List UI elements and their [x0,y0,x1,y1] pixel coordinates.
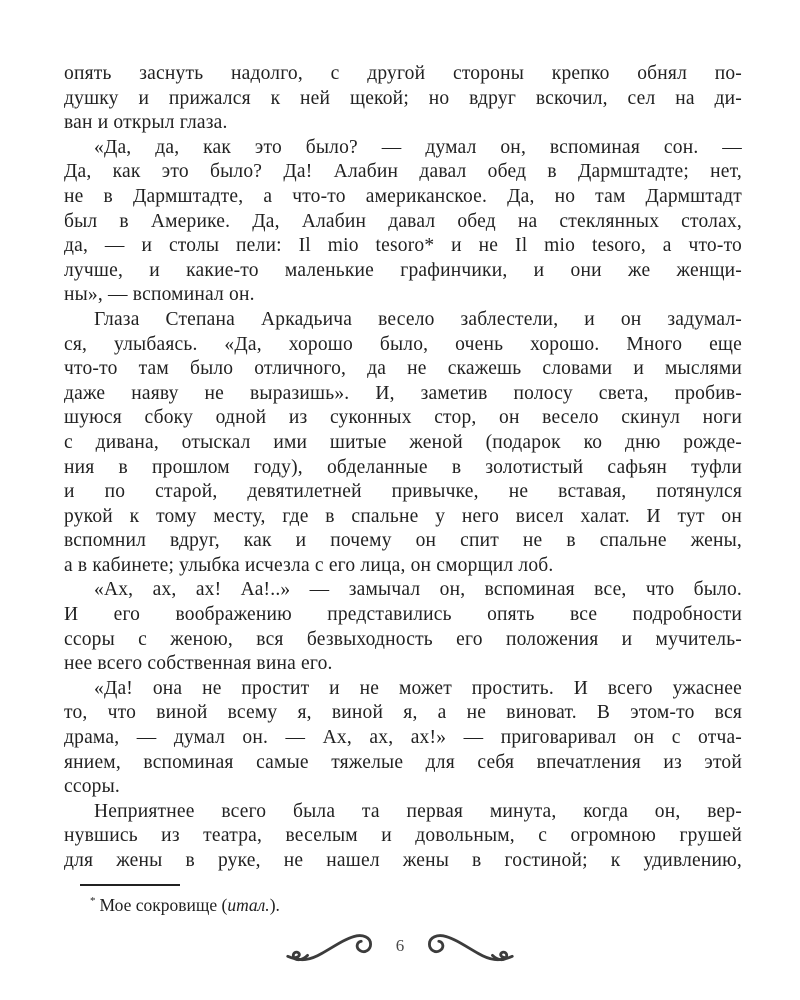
text-line: ния в прошлом году), обделанные в золоти… [64,456,742,481]
footnote-language-label: итал. [227,895,269,915]
text-line: опять заснуть надолго, с другой стороны … [64,62,742,87]
text-line: да, — и столы пели: Il mio tesoro* и не … [64,234,742,259]
text-line: ся, улыбаясь. «Да, хорошо было, очень хо… [64,333,742,358]
book-page: опять заснуть надолго, с другой стороны … [0,0,800,1000]
text-line: Да, как это было? Да! Алабин давал обед … [64,160,742,185]
text-line: вспомнил вдруг, как и почему он спит не … [64,529,742,554]
text-line: янием, вспоминая самые тяжелые для себя … [64,751,742,776]
text-line: драма, — думал он. — Ах, ах, ах!» — приг… [64,726,742,751]
footnote: *Мое сокровище (итал.). [64,884,742,916]
text-line: душку и прижался к ней щекой; но вдруг в… [64,87,742,112]
text-line: а в кабинете; улыбка исчезла с его лица,… [64,554,742,579]
text-line: ссоры. [64,775,742,800]
text-line: ны», — вспоминал он. [64,283,742,308]
text-line: был в Америке. Да, Алабин давал обед на … [64,210,742,235]
flourish-ornament-left-icon [284,930,380,962]
footnote-marker: * [90,895,96,907]
text-line: ван и открыл глаза. [64,111,742,136]
text-line: и по старой, девятилетней привычке, не в… [64,480,742,505]
page-footer: 6 [0,930,800,962]
text-line: «Ах, ах, ах! Аа!..» — замычал он, вспоми… [64,578,742,603]
footnote-rule [80,884,180,886]
page-number: 6 [396,930,405,962]
footnote-body: Мое сокровище ( [100,895,228,915]
text-line: нее всего собственная вина его. [64,652,742,677]
text-line: то, что виной всему я, виной я, а не вин… [64,701,742,726]
footnote-text: *Мое сокровище (итал.). [64,890,742,916]
text-line: И его воображению представились опять вс… [64,603,742,628]
text-line: рукой к тому месту, где в спальне у него… [64,505,742,530]
text-line: даже наяву не выразишь». И, заметив поло… [64,382,742,407]
body-text: опять заснуть надолго, с другой стороны … [64,62,742,874]
text-line: «Да! она не простит и не может простить.… [64,677,742,702]
flourish-ornament-right-icon [420,930,516,962]
text-line: нувшись из театра, веселым и довольным, … [64,824,742,849]
text-line: что-то там было отличного, да не скажешь… [64,357,742,382]
text-line: не в Дармштадте, а что-то американское. … [64,185,742,210]
text-line: лучше, и какие-то маленькие графинчики, … [64,259,742,284]
text-line: Глаза Степана Аркадьича весело заблестел… [64,308,742,333]
text-line: шуюся сбоку одной из суконных стор, он в… [64,406,742,431]
text-line: с дивана, отыскал ими шитые женой (подар… [64,431,742,456]
footnote-close: ). [270,895,280,915]
text-line: Неприятнее всего была та первая минута, … [64,800,742,825]
text-line: «Да, да, как это было? — думал он, вспом… [64,136,742,161]
text-line: для жены в руке, не нашел жены в гостино… [64,849,742,874]
text-line: ссоры с женою, вся безвыходность его пол… [64,628,742,653]
